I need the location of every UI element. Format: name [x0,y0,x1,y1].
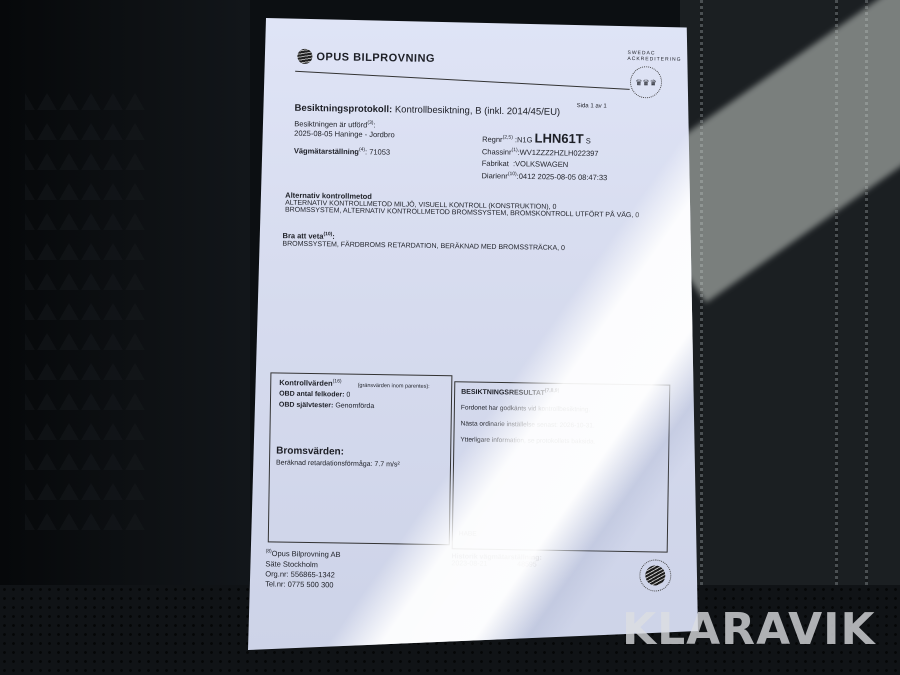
company-phone: Tel.nr: 0775 500 300 [265,579,340,590]
inspection-result-box: BESIKTNINGSRESULTAT(7,8,9) Fordonet har … [452,381,671,552]
history-value: 48595 [517,561,537,568]
vehicle-info: Regnr(2,5) :N1G LHN61T S Chassinr(1):WV1… [481,132,607,183]
company-name: Opus Bilprovning AB [272,549,341,559]
obd-self-tests: Genomförda [335,402,374,410]
good-to-know-heading: Bra att veta [283,231,324,241]
page-number: Sida 1 av 1 [577,103,607,109]
swedac-crowns-icon: ♛♛♛ [630,66,662,98]
control-values-box: Kontrollvärden(16) (gränsvärden inom par… [268,372,453,545]
odometer-label: Vägmätarställning [294,146,359,156]
company-orgnr: Org.nr: 556865-1342 [265,569,340,580]
klaravik-watermark: KLARAVIK [622,604,876,655]
title-label: Besiktningsprotokoll: [295,103,393,116]
history-row: 2023-08-21 48595 [451,560,541,568]
odometer-block: Vägmätarställning(4): 71053 [294,146,390,157]
limits-note: (gränsvärden inom parentes): [358,382,430,389]
obd-fault-codes: 0 [346,392,350,399]
header-divider [295,71,630,90]
odometer-history: Historik vägmätarställning: 2023-08-21 4… [451,553,541,568]
alternative-method-section: Alternativ kontrollmetod ALTERNATIV KONT… [285,191,640,220]
control-values-heading: Kontrollvärden [279,378,332,388]
performed-value: 2025-08-05 Haninge - Jordbro [294,128,395,139]
history-date: 2023-08-21 [451,560,487,568]
good-to-know-section: Bra att veta(10): BROMSSYSTEM, FÄRDBROMS… [282,231,565,252]
performed-label: Besiktningen är utförd [294,119,367,129]
company-seat: Säte Stockholm [265,559,340,570]
brake-deceleration-value: 7.7 m/s² [374,461,399,468]
result-approved: Fordonet har godkänts vid kontrollbesikt… [461,404,590,413]
globe-icon [297,49,312,64]
odometer-value: 71053 [369,147,390,156]
seat-seam [700,0,703,600]
vehicle-make: :VOLKSWAGEN [513,159,568,169]
climate-compensated-badge-icon [639,559,671,591]
title-value: Kontrollbesiktning, B (inkl. 2014/45/EU) [395,104,560,118]
registration-number: LHN61T [534,131,583,147]
inspector-code: HABE [459,530,477,537]
performed-block: Besiktningen är utförd(3): 2025-08-05 Ha… [294,119,395,139]
opus-logo: OPUS BILPROVNING [297,49,435,66]
result-more-info: Ytterligare information, se protokollets… [460,436,595,445]
company-info: (8)Opus Bilprovning AB Säte Stockholm Or… [265,546,341,590]
brake-values-heading: Bromsvärden: [276,445,344,457]
chassis-number: :WV1ZZZ2HZLH022397 [518,148,599,158]
result-heading: BESIKTNINGSRESULTAT [461,389,545,397]
protocol-title: Besiktningsprotokoll: Kontrollbesiktning… [295,103,561,118]
brand-name: OPUS BILPROVNING [316,51,435,65]
seat-texture [25,80,145,540]
swedac-label: SWEDAC ACKREDITERING [627,50,697,63]
diary-number: :0412 2025-08-05 08:47:33 [517,171,608,181]
result-next-inspection: Nästa ordinarie inställelse senast: 2026… [461,420,595,429]
inspection-protocol-sheet: OPUS BILPROVNING SWEDAC ACKREDITERING ♛♛… [248,18,698,650]
